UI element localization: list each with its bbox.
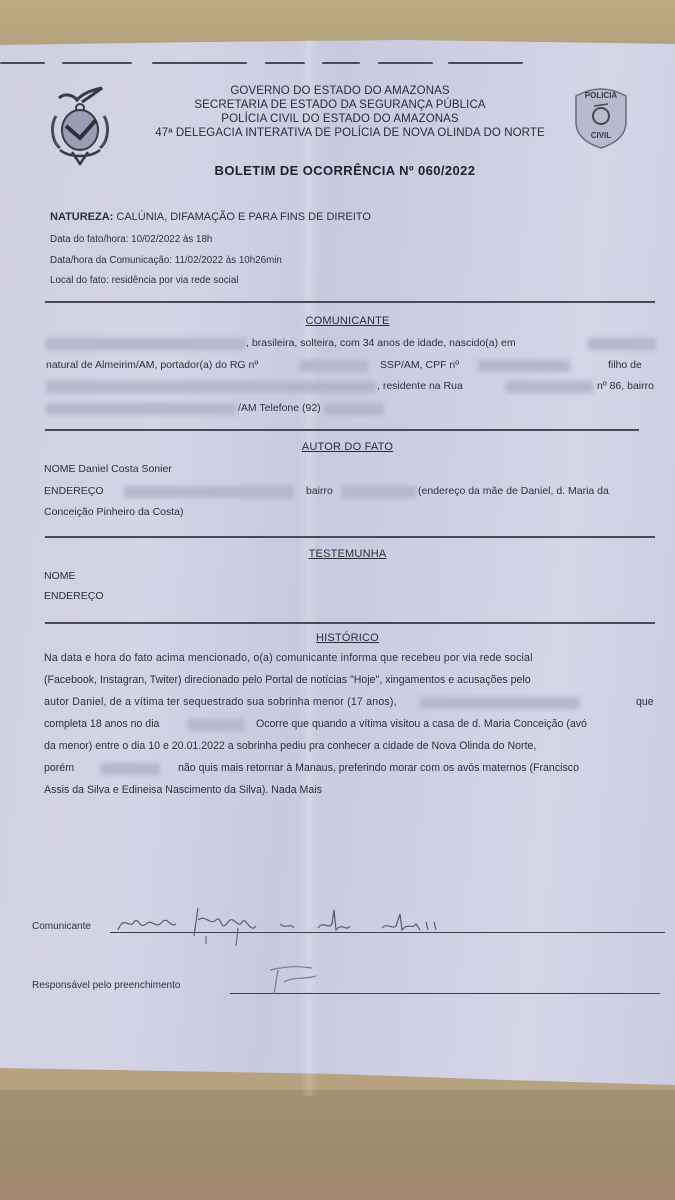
redacted-name xyxy=(46,338,246,350)
local-value: residência por via rede social xyxy=(112,275,239,286)
autor-endereco-note1: (endereço da mãe de Daniel, d. Maria da xyxy=(418,485,609,497)
table-surface-top xyxy=(0,0,675,45)
data-fato-label: Data do fato/hora: xyxy=(50,234,128,245)
header-government: GOVERNO DO ESTADO DO AMAZONAS xyxy=(130,84,550,98)
local-row: Local do fato: residência por via rede s… xyxy=(50,275,238,286)
comunicante-line3b: nº 86, bairro xyxy=(597,380,654,392)
historico-line: Assis da Silva e Edineisa Nascimento da … xyxy=(44,784,322,796)
autor-heading: AUTOR DO FATO xyxy=(40,441,655,453)
data-comunicacao-row: Data/hora da Comunicação: 11/02/2022 às … xyxy=(50,255,282,266)
testemunha-heading: TESTEMUNHA xyxy=(40,548,655,560)
historico-line: autor Daniel, de a vítima ter sequestrad… xyxy=(44,696,397,708)
handwritten-signature xyxy=(110,900,450,950)
divider xyxy=(45,429,639,431)
historico-line: porém xyxy=(44,762,74,774)
perforation-dashes xyxy=(0,60,675,66)
historico-line: não quis mais retornar à Manaus, preferi… xyxy=(178,762,579,774)
redacted-author-address xyxy=(124,486,294,498)
comunicante-line4: /AM Telefone (92) xyxy=(238,402,321,414)
autor-nome-row: NOME Daniel Costa Sonier xyxy=(44,463,172,475)
responsavel-signature-label: Responsável pelo preenchimento xyxy=(32,980,180,991)
historico-line: Na data e hora do fato acima mencionado,… xyxy=(44,652,533,664)
comunicante-line2b: SSP/AM, CPF nº xyxy=(380,359,459,371)
data-fato-row: Data do fato/hora: 10/02/2022 às 18h xyxy=(50,234,212,245)
header-secretariat: SECRETARIA DE ESTADO DA SEGURANÇA PÚBLIC… xyxy=(130,98,550,112)
redacted-street xyxy=(505,381,593,393)
historico-line: (Facebook, Instagran, Twiter) direcionad… xyxy=(44,674,531,686)
testemunha-nome-label: NOME xyxy=(44,570,76,582)
svg-text:POLICIA: POLICIA xyxy=(585,91,618,100)
local-label: Local do fato: xyxy=(50,275,109,286)
comunicante-signature-label: Comunicante xyxy=(32,921,91,932)
natureza-row: NATUREZA: CALÚNIA, DIFAMAÇÃO E PARA FINS… xyxy=(50,211,371,223)
natureza-value: CALÚNIA, DIFAMAÇÃO E PARA FINS DE DIREIT… xyxy=(116,211,370,223)
historico-line: da menor) entre o dia 10 e 20.01.2022 a … xyxy=(44,740,536,752)
testemunha-endereco-label: ENDEREÇO xyxy=(44,590,104,602)
amazonas-coat-of-arms-icon xyxy=(44,86,114,166)
autor-bairro-label: bairro xyxy=(306,485,333,497)
document-title: BOLETIM DE OCORRÊNCIA Nº 060/2022 xyxy=(140,163,550,178)
divider xyxy=(45,536,655,538)
svg-text:CIVIL: CIVIL xyxy=(591,131,612,140)
comunicante-line2c: filho de xyxy=(608,359,642,371)
historico-heading: HISTÓRICO xyxy=(40,632,655,644)
redacted-niece-name xyxy=(420,697,580,709)
redacted-cpf xyxy=(478,360,570,372)
data-comunicacao-value: 11/02/2022 às 10h26min xyxy=(175,255,282,266)
natureza-label: NATUREZA: xyxy=(50,211,113,223)
redacted-author-bairro xyxy=(342,486,416,498)
redacted-niece-name xyxy=(100,763,160,775)
autor-endereco-note2: Conceição Pinheiro da Costa) xyxy=(44,506,184,518)
data-fato-value: 10/02/2022 às 18h xyxy=(131,234,212,245)
divider xyxy=(45,301,655,303)
redacted-neighborhood xyxy=(46,403,236,415)
comunicante-heading: COMUNICANTE xyxy=(40,315,655,327)
historico-line: que xyxy=(636,696,654,708)
comunicante-line3a: , residente na Rua xyxy=(377,380,463,392)
autor-nome-value: Daniel Costa Sonier xyxy=(78,463,171,475)
redacted-phone xyxy=(324,403,384,415)
comunicante-line1: , brasileira, solteira, com 34 anos de i… xyxy=(246,337,516,349)
redacted-birthday xyxy=(187,719,245,731)
header-police: POLÍCIA CIVIL DO ESTADO DO AMAZONAS xyxy=(130,112,550,126)
autor-nome-label: NOME xyxy=(44,463,76,475)
redacted-birthdate xyxy=(588,338,656,350)
table-surface-bottom xyxy=(0,1090,675,1200)
comunicante-line2a: natural de Almeirim/AM, portador(a) do R… xyxy=(46,359,258,371)
historico-line: Ocorre que quando a vítima visitou a cas… xyxy=(256,718,587,730)
divider xyxy=(45,622,655,624)
handwritten-initials xyxy=(260,960,340,1000)
redacted-rg xyxy=(300,360,368,372)
historico-line: completa 18 anos no dia xyxy=(44,718,159,730)
redacted-parents xyxy=(46,381,376,393)
header-delegacia: 47ª DELEGACIA INTERATIVA DE POLÍCIA DE N… xyxy=(130,126,570,140)
autor-endereco-label: ENDEREÇO xyxy=(44,485,104,497)
data-comunicacao-label: Data/hora da Comunicação: xyxy=(50,255,172,266)
policia-civil-badge-icon: POLICIA CIVIL xyxy=(570,82,632,152)
